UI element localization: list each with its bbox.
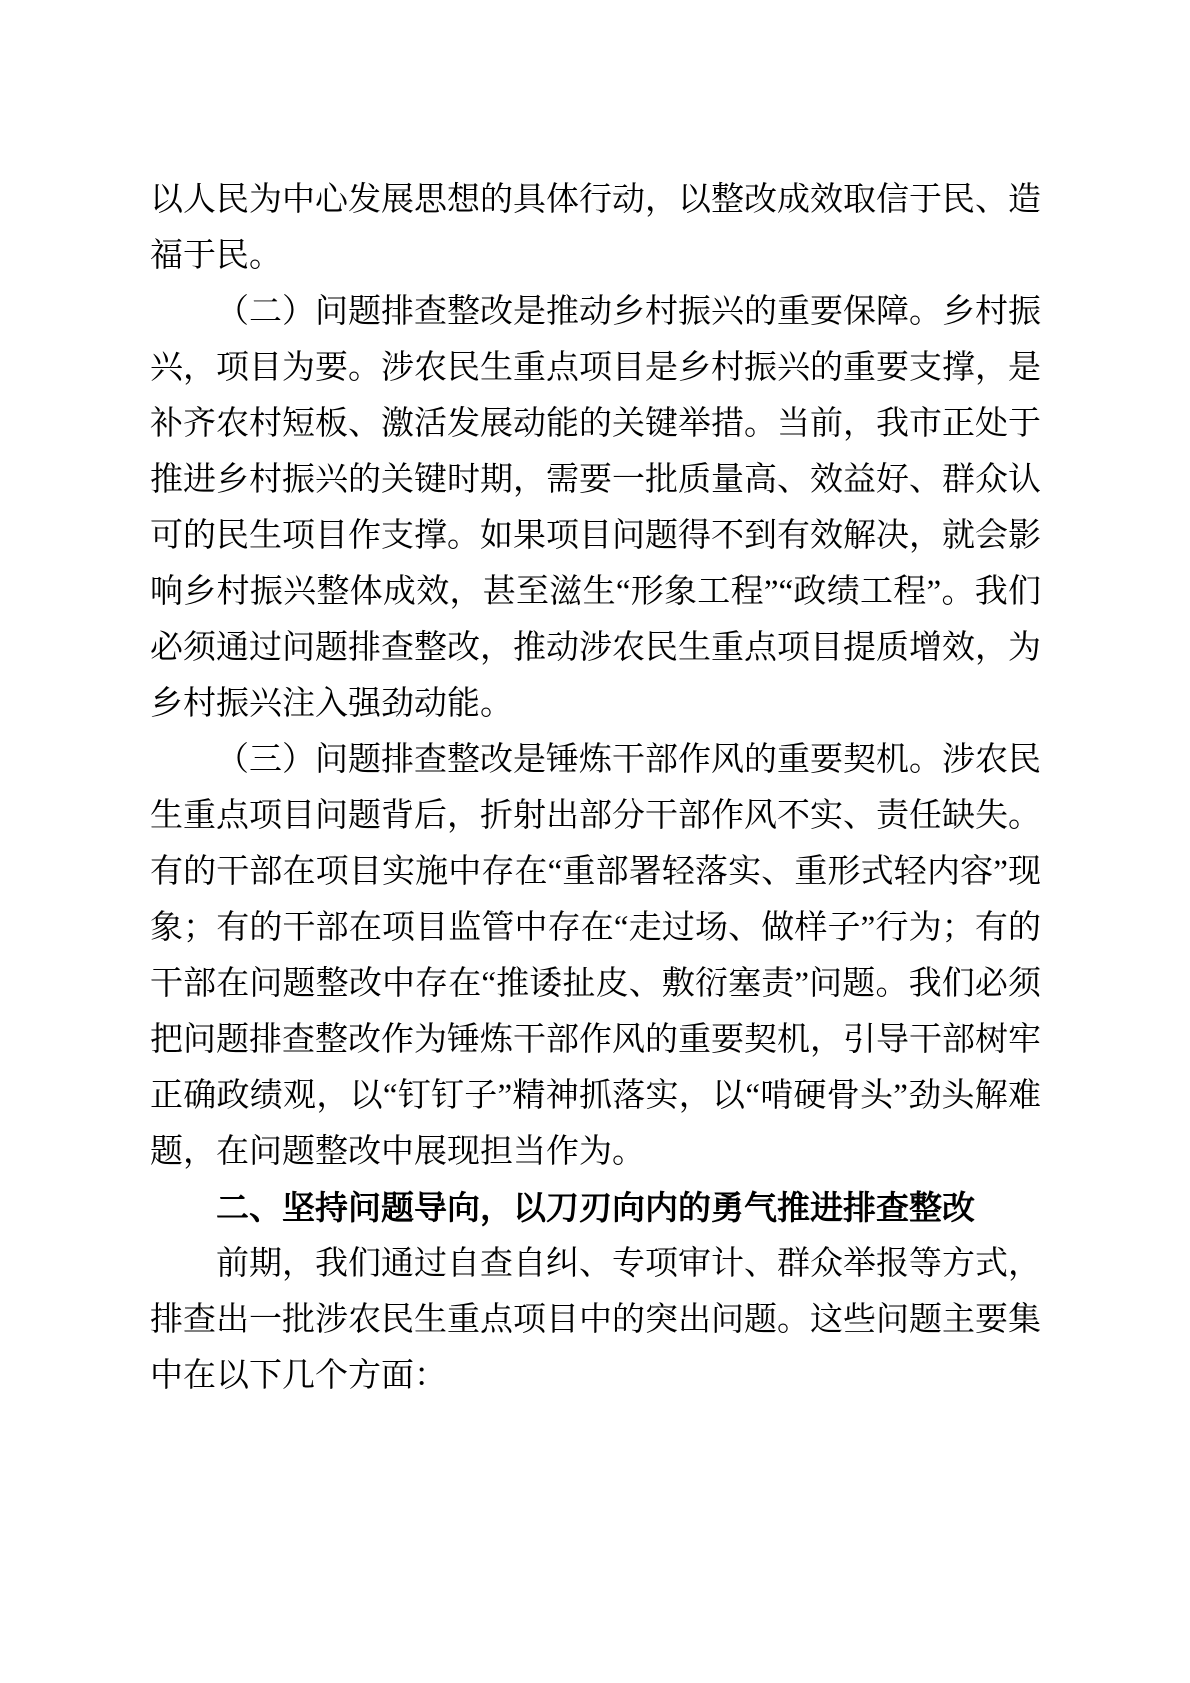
paragraph-point-three: （三）问题排查整改是锤炼干部作风的重要契机。涉农民生重点项目问题背后，折射出部分… <box>150 732 1041 1180</box>
paragraph-point-two: （二）问题排查整改是推动乡村振兴的重要保障。乡村振兴，项目为要。涉农民生重点项目… <box>150 284 1041 732</box>
section-heading-two: 二、坚持问题导向，以刀刃向内的勇气推进排查整改 <box>150 1180 1041 1236</box>
document-page: 以人民为中心发展思想的具体行动，以整改成效取信于民、造福于民。 （二）问题排查整… <box>0 0 1190 1683</box>
paragraph-section-intro: 前期，我们通过自查自纠、专项审计、群众举报等方式，排查出一批涉农民生重点项目中的… <box>150 1236 1041 1404</box>
paragraph-continuation: 以人民为中心发展思想的具体行动，以整改成效取信于民、造福于民。 <box>150 172 1041 284</box>
document-text-block: 以人民为中心发展思想的具体行动，以整改成效取信于民、造福于民。 （二）问题排查整… <box>150 172 1041 1404</box>
